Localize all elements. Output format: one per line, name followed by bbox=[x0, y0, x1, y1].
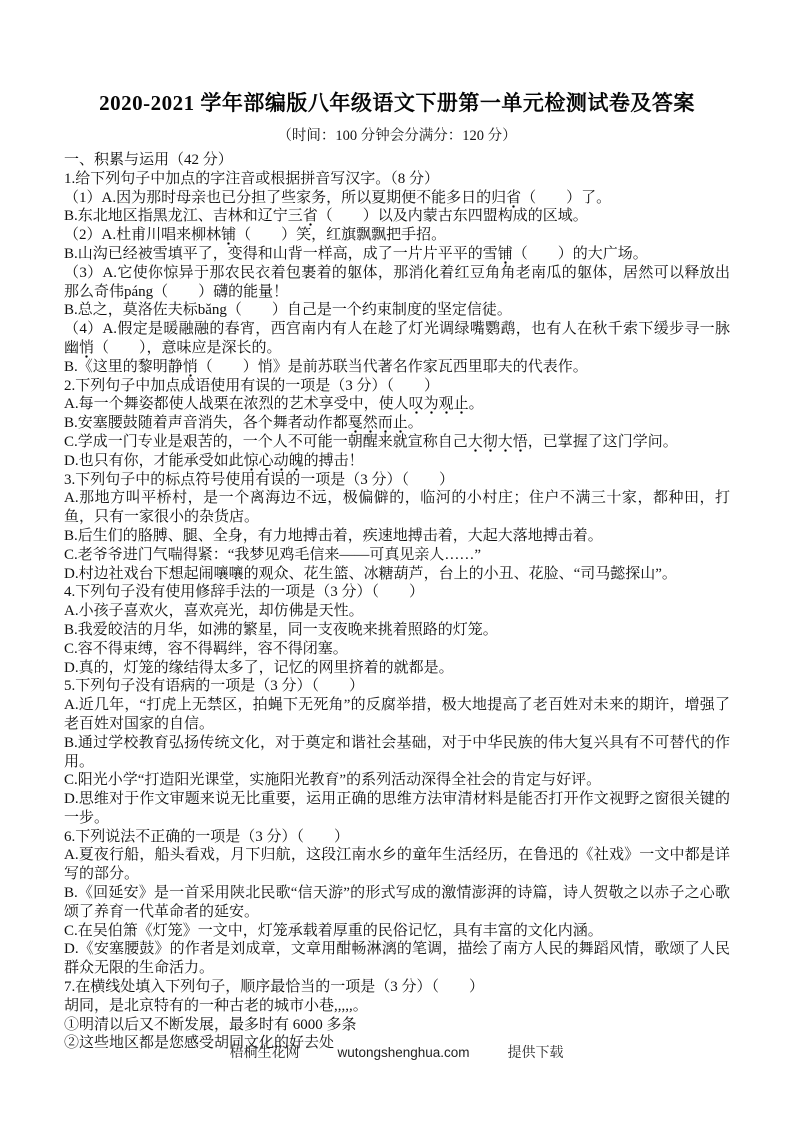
text-run: C.老爷爷进门气喘得紧：“我梦见鸡毛信来——可真见亲人……” bbox=[64, 547, 481, 563]
text-run: D.思维对于作文审题来说无比重要，运用正确的思维方法审清材料是能否打开作文视野之… bbox=[64, 791, 730, 826]
text-run: （3）A.它使你惊异于那农民衣着包裹着的躯体，那消化着红豆角角老南瓜的躯体，居然… bbox=[64, 265, 730, 300]
paragraph: 1.给下列句子中加点的字注音或根据拼音写汉字。（8 分） bbox=[64, 170, 730, 189]
document-body: 一、积累与运用（42 分）1.给下列句子中加点的字注音或根据拼音写汉字。（8 分… bbox=[64, 151, 730, 1053]
text-run: ①明清以后又不断发展，最多时有 6000 多条 bbox=[64, 1017, 357, 1033]
footer-site-name: 梧桐生花网 bbox=[229, 1046, 299, 1061]
paragraph: D.思维对于作文审题来说无比重要，运用正确的思维方法审清材料是能否打开作文视野之… bbox=[64, 790, 730, 828]
emphasized-text: 大彻大悟 bbox=[468, 434, 528, 452]
text-run: C.容不得束缚，容不得羁绊，容不得闭塞。 bbox=[64, 641, 348, 657]
paragraph: B.安塞腰鼓随着声音消失，各个舞者动作都戛然而止。 bbox=[64, 414, 730, 433]
exam-time-info: （时间：100 分钟会分满分：120 分） bbox=[64, 127, 730, 146]
paragraph: 6.下列说法不正确的一项是（3 分）（ ） bbox=[64, 828, 730, 847]
text-run: 的搏击！ bbox=[304, 453, 364, 469]
text-run: B.《这里的黎明静 bbox=[64, 359, 183, 375]
text-run: （1）A.因为那时母亲也已分担了些家务，所以夏期便不能多日的归 bbox=[64, 190, 506, 206]
page-title: 2020-2021 学年部编版八年级语文下册第一单元检测试卷及答案 bbox=[64, 88, 730, 118]
paragraph: A.夏夜行船，船头看戏，月下归航，这段江南水乡的童年生活经历，在鲁迅的《社戏》一… bbox=[64, 846, 730, 884]
paragraph: C.老爷爷进门气喘得紧：“我梦见鸡毛信来——可真见亲人……” bbox=[64, 546, 730, 565]
text-run: B.安塞腰鼓随着声音消失，各个舞者动作都 bbox=[64, 415, 348, 431]
text-run: （2）A.杜甫川唱来柳林 bbox=[64, 227, 221, 243]
paragraph: B.《回延安》是一首采用陕北民歌“信天游”的形式写成的激情澎湃的诗篇，诗人贺敬之… bbox=[64, 884, 730, 922]
paragraph: C.学成一门专业是艰苦的，一个人不可能一朝醒来就宣称自己大彻大悟，已掌握了这门学… bbox=[64, 433, 730, 452]
text-run: ，已掌握了这门学问。 bbox=[528, 434, 678, 450]
paragraph: 7.在横线处填入下列句子，顺序最恰当的一项是（3 分）（ ） bbox=[64, 978, 730, 997]
text-run: 2.下列句子中加点成语使用有误的一项是（3 分）（ ） bbox=[64, 378, 439, 394]
text-run: 6.下列说法不正确的一项是（3 分）（ ） bbox=[64, 829, 349, 845]
paragraph: D.真的，灯笼的缘结得太多了，记忆的网里挤着的就都是。 bbox=[64, 659, 730, 678]
paragraph: B.《这里的黎明静悄（ ）悄》是前苏联当代著名作家瓦西里耶夫的代表作。 bbox=[64, 358, 730, 377]
text-run: B.通过学校教育弘扬传统文化，对于奠定和谐社会基础，对于中华民族的伟大复兴具有不… bbox=[64, 735, 730, 770]
paragraph: 一、积累与运用（42 分） bbox=[64, 151, 730, 170]
footer-site-url: wutongshenghua.com bbox=[337, 1045, 469, 1060]
paragraph: C.阳光小学“打造阳光课堂，实施阳光教育”的系列活动深得全社会的肯定与好评。 bbox=[64, 771, 730, 790]
text-run: D.《安塞腰鼓》的作者是刘成章，文章用酣畅淋漓的笔调，描绘了南方人民的舞蹈风情，… bbox=[64, 941, 730, 976]
text-run: 5.下列句子没有语病的一项是（3 分）（ ） bbox=[64, 678, 364, 694]
paragraph: （2）A.杜甫川唱来柳林铺（ ）笑，红旗飘飘把手招。 bbox=[64, 226, 730, 245]
paragraph: A.每一个舞姿都使人战栗在浓烈的艺术享受中，使人叹为观止。 bbox=[64, 395, 730, 414]
emphasized-text: 悄 bbox=[79, 340, 94, 358]
test-paper-page: 2020-2021 学年部编版八年级语文下册第一单元检测试卷及答案 （时间：10… bbox=[0, 0, 793, 1122]
text-run: B.后生们的胳膊、腿、全身，有力地搏击着，疾速地搏击着，大起大落地搏击着。 bbox=[64, 528, 603, 544]
paragraph: 3.下列句子中的标点符号使用有误的一项是（3 分）（ ） bbox=[64, 471, 730, 490]
emphasized-text: 悄 bbox=[183, 359, 198, 377]
paragraph: C.在吴伯箫《灯笼》一文中，灯笼承载着厚重的民俗记忆，具有丰富的文化内涵。 bbox=[64, 922, 730, 941]
text-run: （ ）的大广场。 bbox=[513, 246, 648, 262]
text-run: A.那地方叫平桥村，是一个离海边不远，极偏僻的，临河的小村庄；住户不满三十家，都… bbox=[64, 490, 730, 525]
text-run: D.也只有你，才能承受如此 bbox=[64, 453, 244, 469]
paragraph: 4.下列句子没有使用修辞手法的一项是（3 分）（ ） bbox=[64, 583, 730, 602]
paragraph: ①明清以后又不断发展，最多时有 6000 多条 bbox=[64, 1016, 730, 1035]
text-run: C.在吴伯箫《灯笼》一文中，灯笼承载着厚重的民俗记忆，具有丰富的文化内涵。 bbox=[64, 923, 603, 939]
paragraph: 胡同，是北京特有的一种古老的城市小巷,,,,,。 bbox=[64, 997, 730, 1016]
text-run: B.我爱皎洁的月华，如沸的繁星，同一支夜晚来挑着照路的灯笼。 bbox=[64, 622, 498, 638]
paragraph: A.近几年，“打虎上无禁区，拍蝇下无死角”的反腐举措，极大地提高了老百姓对未来的… bbox=[64, 696, 730, 734]
paragraph: B.通过学校教育弘扬传统文化，对于奠定和谐社会基础，对于中华民族的伟大复兴具有不… bbox=[64, 734, 730, 772]
paragraph: A.小孩子喜欢火，喜欢亮光，却仿佛是天性。 bbox=[64, 602, 730, 621]
paragraph: B.总之，莫洛佐夫标bǎng（ ）自己是一个约束制度的坚定信徒。 bbox=[64, 301, 730, 320]
text-run: C.阳光小学“打造阳光课堂，实施阳光教育”的系列活动深得全社会的肯定与好评。 bbox=[64, 772, 601, 788]
text-run: （ ）了。 bbox=[521, 190, 611, 206]
paragraph: D.也只有你，才能承受如此惊心动魄的搏击！ bbox=[64, 452, 730, 471]
paragraph: B.东北地区指黑龙江、吉林和辽宁三省（ ）以及内蒙古东四盟构成的区域。 bbox=[64, 207, 730, 226]
page-footer: 梧桐生花网wutongshenghua.com提供下载 bbox=[0, 1043, 793, 1064]
text-run: 3.下列句子中的标点符号使用有误的一项是（3 分）（ ） bbox=[64, 472, 454, 488]
text-run: 一、积累与运用（42 分） bbox=[64, 152, 233, 168]
emphasized-text: 惊心动魄 bbox=[244, 453, 304, 471]
paragraph: B.山沟已经被雪填平了，变得和山背一样高，成了一片片平平的雪铺（ ）的大广场。 bbox=[64, 245, 730, 264]
text-run: （ ）悄》是前苏联当代著名作家瓦西里耶夫的代表作。 bbox=[198, 359, 588, 375]
text-run: A.夏夜行船，船头看戏，月下归航，这段江南水乡的童年生活经历，在鲁迅的《社戏》一… bbox=[64, 847, 730, 882]
paragraph: C.容不得束缚，容不得羁绊，容不得闭塞。 bbox=[64, 640, 730, 659]
paragraph: （1）A.因为那时母亲也已分担了些家务，所以夏期便不能多日的归省（ ）了。 bbox=[64, 189, 730, 208]
paragraph: D.《安塞腰鼓》的作者是刘成章，文章用酣畅淋漓的笔调，描绘了南方人民的舞蹈风情，… bbox=[64, 940, 730, 978]
text-run: 4.下列句子没有使用修辞手法的一项是（3 分）（ ） bbox=[64, 584, 424, 600]
footer-download-label: 提供下载 bbox=[508, 1046, 564, 1061]
text-run: D.村边社戏台下想起闹嚷嚷的观众、花生篮、冰糖葫芦，台上的小丑、花脸、“司马懿探… bbox=[64, 566, 677, 582]
text-run: （ ），意味应是深长的。 bbox=[94, 340, 282, 356]
text-run: B.东北地区指黑龙江、吉林和辽宁三 bbox=[64, 208, 303, 224]
paragraph: B.我爱皎洁的月华，如沸的繁星，同一支夜晚来挑着照路的灯笼。 bbox=[64, 621, 730, 640]
text-run: （ ）笑，红旗飘飘把手招。 bbox=[236, 227, 446, 243]
text-run: 胡同，是北京特有的一种古老的城市小巷,,,,,。 bbox=[64, 998, 368, 1014]
emphasized-text: 叹为观止 bbox=[409, 396, 469, 414]
emphasized-text: 铺 bbox=[221, 227, 236, 245]
text-run: C.学成一门专业是艰苦的，一个人不可能一朝醒来就宣称自己 bbox=[64, 434, 468, 450]
emphasized-text: 省 bbox=[303, 208, 318, 226]
text-run: B.山沟已经被雪填平了，变得和山背一样高，成了一片片平平的雪 bbox=[64, 246, 498, 262]
text-run: A.近几年，“打虎上无禁区，拍蝇下无死角”的反腐举措，极大地提高了老百姓对未来的… bbox=[64, 697, 730, 732]
text-run: D.真的，灯笼的缘结得太多了，记忆的网里挤着的就都是。 bbox=[64, 660, 454, 676]
paragraph: （4）A.假定是暖融融的春宵，西宫南内有人在趁了灯光调绿嘴鹦鹉，也有人在秋千索下… bbox=[64, 320, 730, 358]
text-run: 7.在横线处填入下列句子，顺序最恰当的一项是（3 分）（ ） bbox=[64, 979, 484, 995]
text-run: A.小孩子喜欢火，喜欢亮光，却仿佛是天性。 bbox=[64, 603, 364, 619]
paragraph: B.后生们的胳膊、腿、全身，有力地搏击着，疾速地搏击着，大起大落地搏击着。 bbox=[64, 527, 730, 546]
emphasized-text: 铺 bbox=[498, 246, 513, 264]
paragraph: 5.下列句子没有语病的一项是（3 分）（ ） bbox=[64, 677, 730, 696]
text-run: 1.给下列句子中加点的字注音或根据拼音写汉字。（8 分） bbox=[64, 171, 439, 187]
emphasized-text: 戛然而止 bbox=[348, 415, 408, 433]
text-run: 。 bbox=[408, 415, 423, 431]
paragraph: 2.下列句子中加点成语使用有误的一项是（3 分）（ ） bbox=[64, 377, 730, 396]
paragraph: D.村边社戏台下想起闹嚷嚷的观众、花生篮、冰糖葫芦，台上的小丑、花脸、“司马懿探… bbox=[64, 565, 730, 584]
text-run: B.《回延安》是一首采用陕北民歌“信天游”的形式写成的激情澎湃的诗篇，诗人贺敬之… bbox=[64, 885, 730, 920]
paragraph: A.那地方叫平桥村，是一个离海边不远，极偏僻的，临河的小村庄；住户不满三十家，都… bbox=[64, 489, 730, 527]
emphasized-text: 省 bbox=[506, 190, 521, 208]
text-run: （ ）以及内蒙古东四盟构成的区域。 bbox=[318, 208, 588, 224]
text-run: A.每一个舞姿都使人战栗在浓烈的艺术享受中，使人 bbox=[64, 396, 409, 412]
text-run: B.总之，莫洛佐夫标bǎng（ ）自己是一个约束制度的坚定信徒。 bbox=[64, 302, 512, 318]
text-run: 。 bbox=[469, 396, 484, 412]
paragraph: （3）A.它使你惊异于那农民衣着包裹着的躯体，那消化着红豆角角老南瓜的躯体，居然… bbox=[64, 264, 730, 302]
